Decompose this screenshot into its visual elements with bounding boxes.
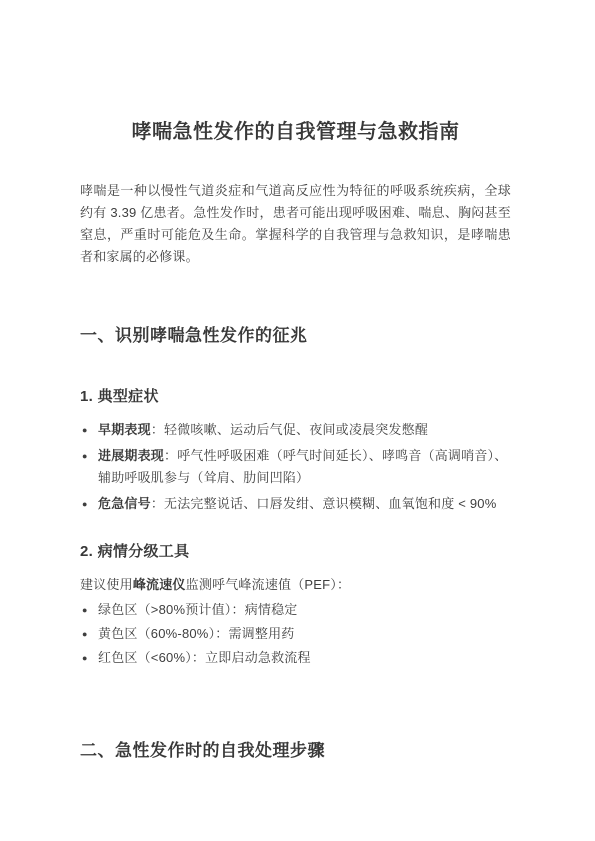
list-item: ●危急信号：无法完整说话、口唇发绀、意识模糊、血氧饱和度 < 90% [80, 493, 511, 515]
lead-post: 监测呼气峰流速值（PEF）： [186, 577, 351, 592]
document-title: 哮喘急性发作的自我管理与急救指南 [80, 118, 511, 146]
list-item-label: 进展期表现 [98, 448, 164, 463]
subsection-symptoms-heading: 1. 典型症状 [80, 386, 511, 407]
intro-paragraph: 哮喘是一种以慢性气道炎症和气道高反应性为特征的呼吸系统疾病，全球约有 3.39 … [80, 180, 511, 268]
symptoms-list: ●早期表现：轻微咳嗽、运动后气促、夜间或凌晨突发憋醒 ●进展期表现：呼气性呼吸困… [80, 419, 511, 515]
list-item-text: 红色区（<60%）：立即启动急救流程 [98, 650, 311, 665]
list-item: ●进展期表现：呼气性呼吸困难（呼气时间延长）、哮鸣音（高调哨音）、辅助呼吸肌参与… [80, 445, 511, 489]
list-item: ●绿色区（>80%预计值）：病情稳定 [80, 599, 511, 621]
list-item: ●红色区（<60%）：立即启动急救流程 [80, 647, 511, 669]
pef-zones-list: ●绿色区（>80%预计值）：病情稳定 ●黄色区（60%-80%）：需调整用药 ●… [80, 599, 511, 669]
grading-lead: 建议使用峰流速仪监测呼气峰流速值（PEF）： [80, 574, 511, 596]
section-2-heading: 二、急性发作时的自我处理步骤 [80, 739, 511, 763]
list-item-text: 黄色区（60%-80%）：需调整用药 [98, 626, 294, 641]
list-item-text: ：无法完整说话、口唇发绀、意识模糊、血氧饱和度 < 90% [151, 496, 497, 511]
bullet-icon: ● [82, 599, 88, 621]
list-item: ●早期表现：轻微咳嗽、运动后气促、夜间或凌晨突发憋醒 [80, 419, 511, 441]
list-item-text: ：轻微咳嗽、运动后气促、夜间或凌晨突发憋醒 [151, 422, 428, 437]
section-1-heading: 一、识别哮喘急性发作的征兆 [80, 324, 511, 348]
list-item-text: 绿色区（>80%预计值）：病情稳定 [98, 602, 298, 617]
lead-pre: 建议使用 [80, 577, 133, 592]
list-item: ●黄色区（60%-80%）：需调整用药 [80, 623, 511, 645]
list-item-label: 早期表现 [98, 422, 151, 437]
subsection-grading-heading: 2. 病情分级工具 [80, 541, 511, 562]
bullet-icon: ● [82, 647, 88, 669]
document-page: 哮喘急性发作的自我管理与急救指南 哮喘是一种以慢性气道炎症和气道高反应性为特征的… [0, 0, 595, 841]
list-item-label: 危急信号 [98, 496, 151, 511]
document-content: 哮喘急性发作的自我管理与急救指南 哮喘是一种以慢性气道炎症和气道高反应性为特征的… [0, 118, 595, 763]
bullet-icon: ● [82, 623, 88, 645]
lead-bold: 峰流速仪 [133, 577, 186, 592]
bullet-icon: ● [82, 445, 88, 467]
bullet-icon: ● [82, 493, 88, 515]
bullet-icon: ● [82, 419, 88, 441]
